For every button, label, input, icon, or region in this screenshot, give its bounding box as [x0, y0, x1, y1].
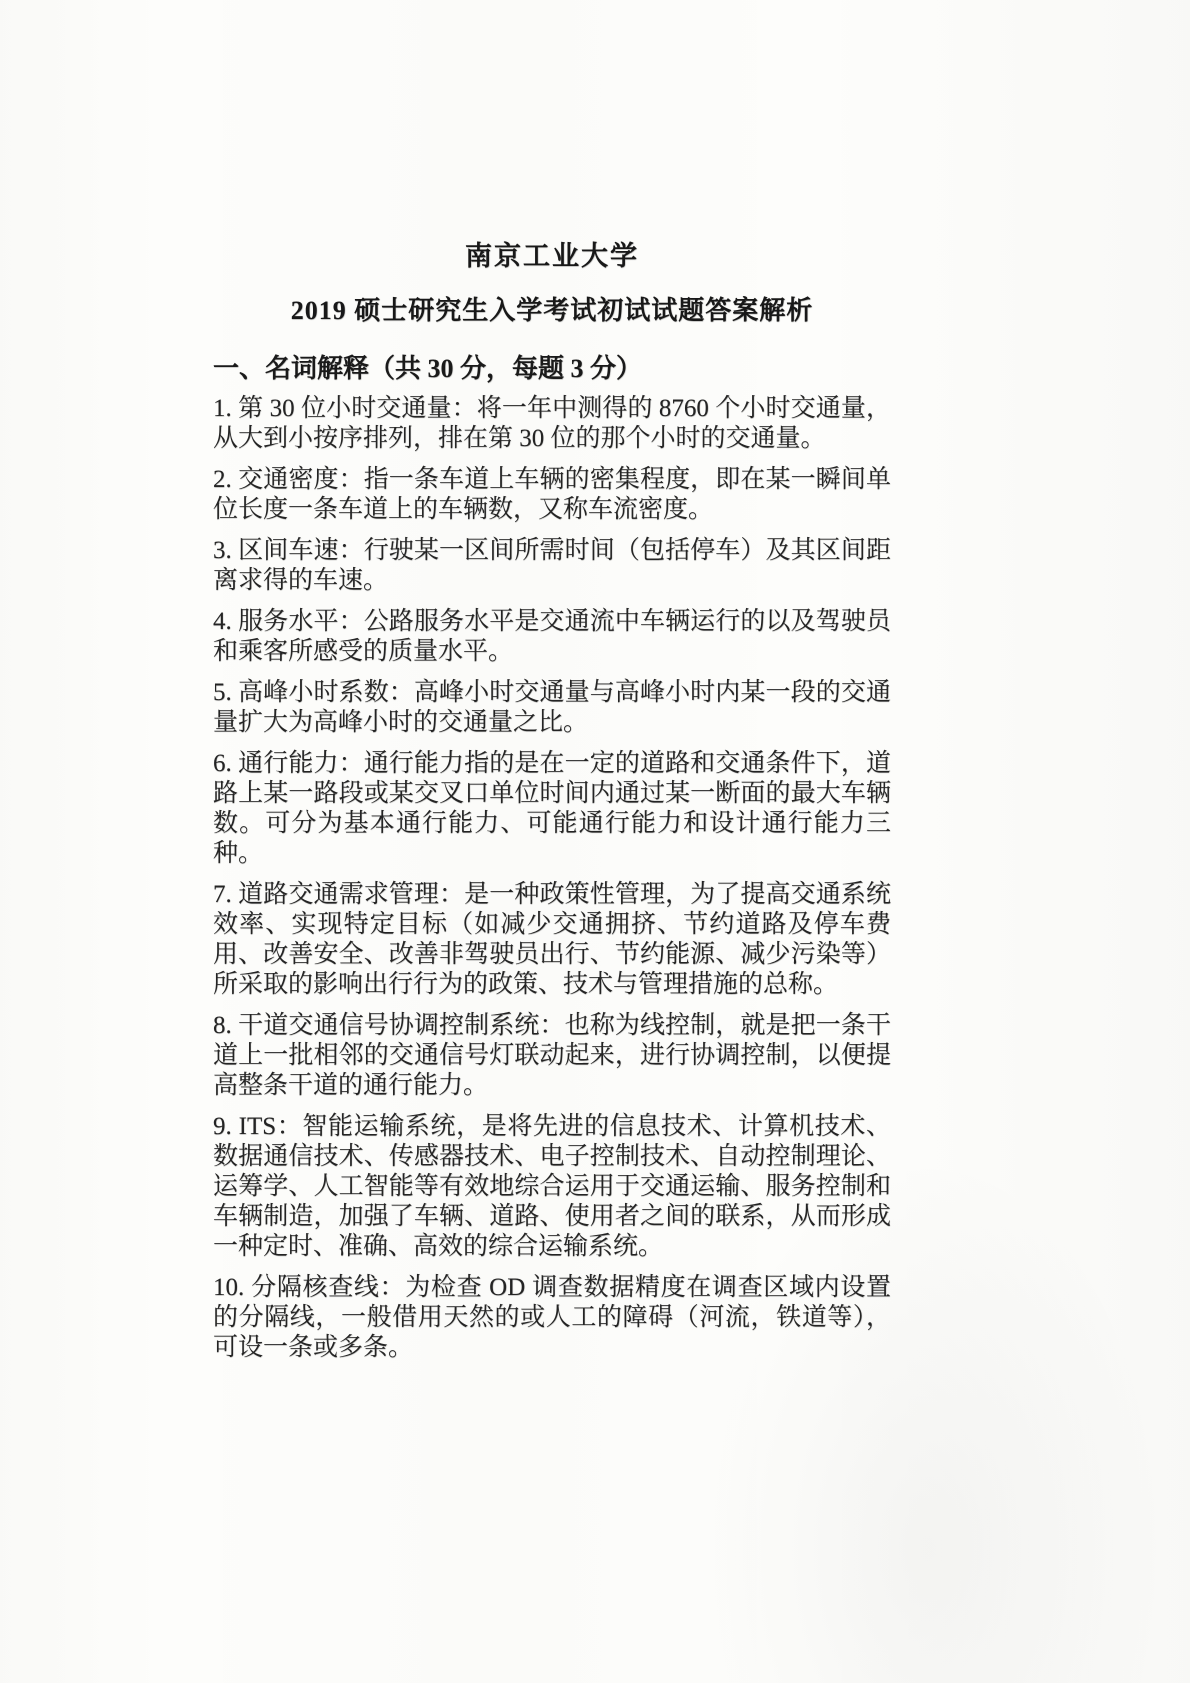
definition-item-8: 8. 干道交通信号协调控制系统：也称为线控制，就是把一条干道上一批相邻的交通信号… — [213, 1011, 891, 1101]
definition-item-9: 9. ITS：智能运输系统，是将先进的信息技术、计算机技术、数据通信技术、传感器… — [213, 1112, 891, 1262]
definition-item-3: 3. 区间车速：行驶某一区间所需时间（包括停车）及其区间距离求得的车速。 — [213, 536, 891, 596]
definition-item-10: 10. 分隔核查线：为检查 OD 调查数据精度在调查区域内设置的分隔线，一般借用… — [213, 1273, 891, 1363]
document-content: 南京工业大学 2019 硕士研究生入学考试初试试题答案解析 一、名词解释（共 3… — [213, 238, 891, 1374]
definition-item-4: 4. 服务水平：公路服务水平是交通流中车辆运行的以及驾驶员和乘客所感受的质量水平… — [213, 607, 891, 667]
definition-item-7: 7. 道路交通需求管理：是一种政策性管理，为了提高交通系统效率、实现特定目标（如… — [213, 880, 891, 1000]
definition-item-1: 1. 第 30 位小时交通量：将一年中测得的 8760 个小时交通量，从大到小按… — [213, 394, 891, 454]
definition-item-2: 2. 交通密度：指一条车道上车辆的密集程度，即在某一瞬间单位长度一条车道上的车辆… — [213, 465, 891, 525]
university-title: 南京工业大学 — [213, 238, 891, 274]
scanned-exam-page: 南京工业大学 2019 硕士研究生入学考试初试试题答案解析 一、名词解释（共 3… — [0, 0, 1190, 1683]
definition-item-5: 5. 高峰小时系数：高峰小时交通量与高峰小时内某一段的交通量扩大为高峰小时的交通… — [213, 678, 891, 738]
definition-item-6: 6. 通行能力：通行能力指的是在一定的道路和交通条件下，道路上某一路段或某交叉口… — [213, 749, 891, 869]
section-heading: 一、名词解释（共 30 分，每题 3 分） — [213, 352, 891, 386]
exam-subtitle: 2019 硕士研究生入学考试初试试题答案解析 — [213, 293, 891, 329]
